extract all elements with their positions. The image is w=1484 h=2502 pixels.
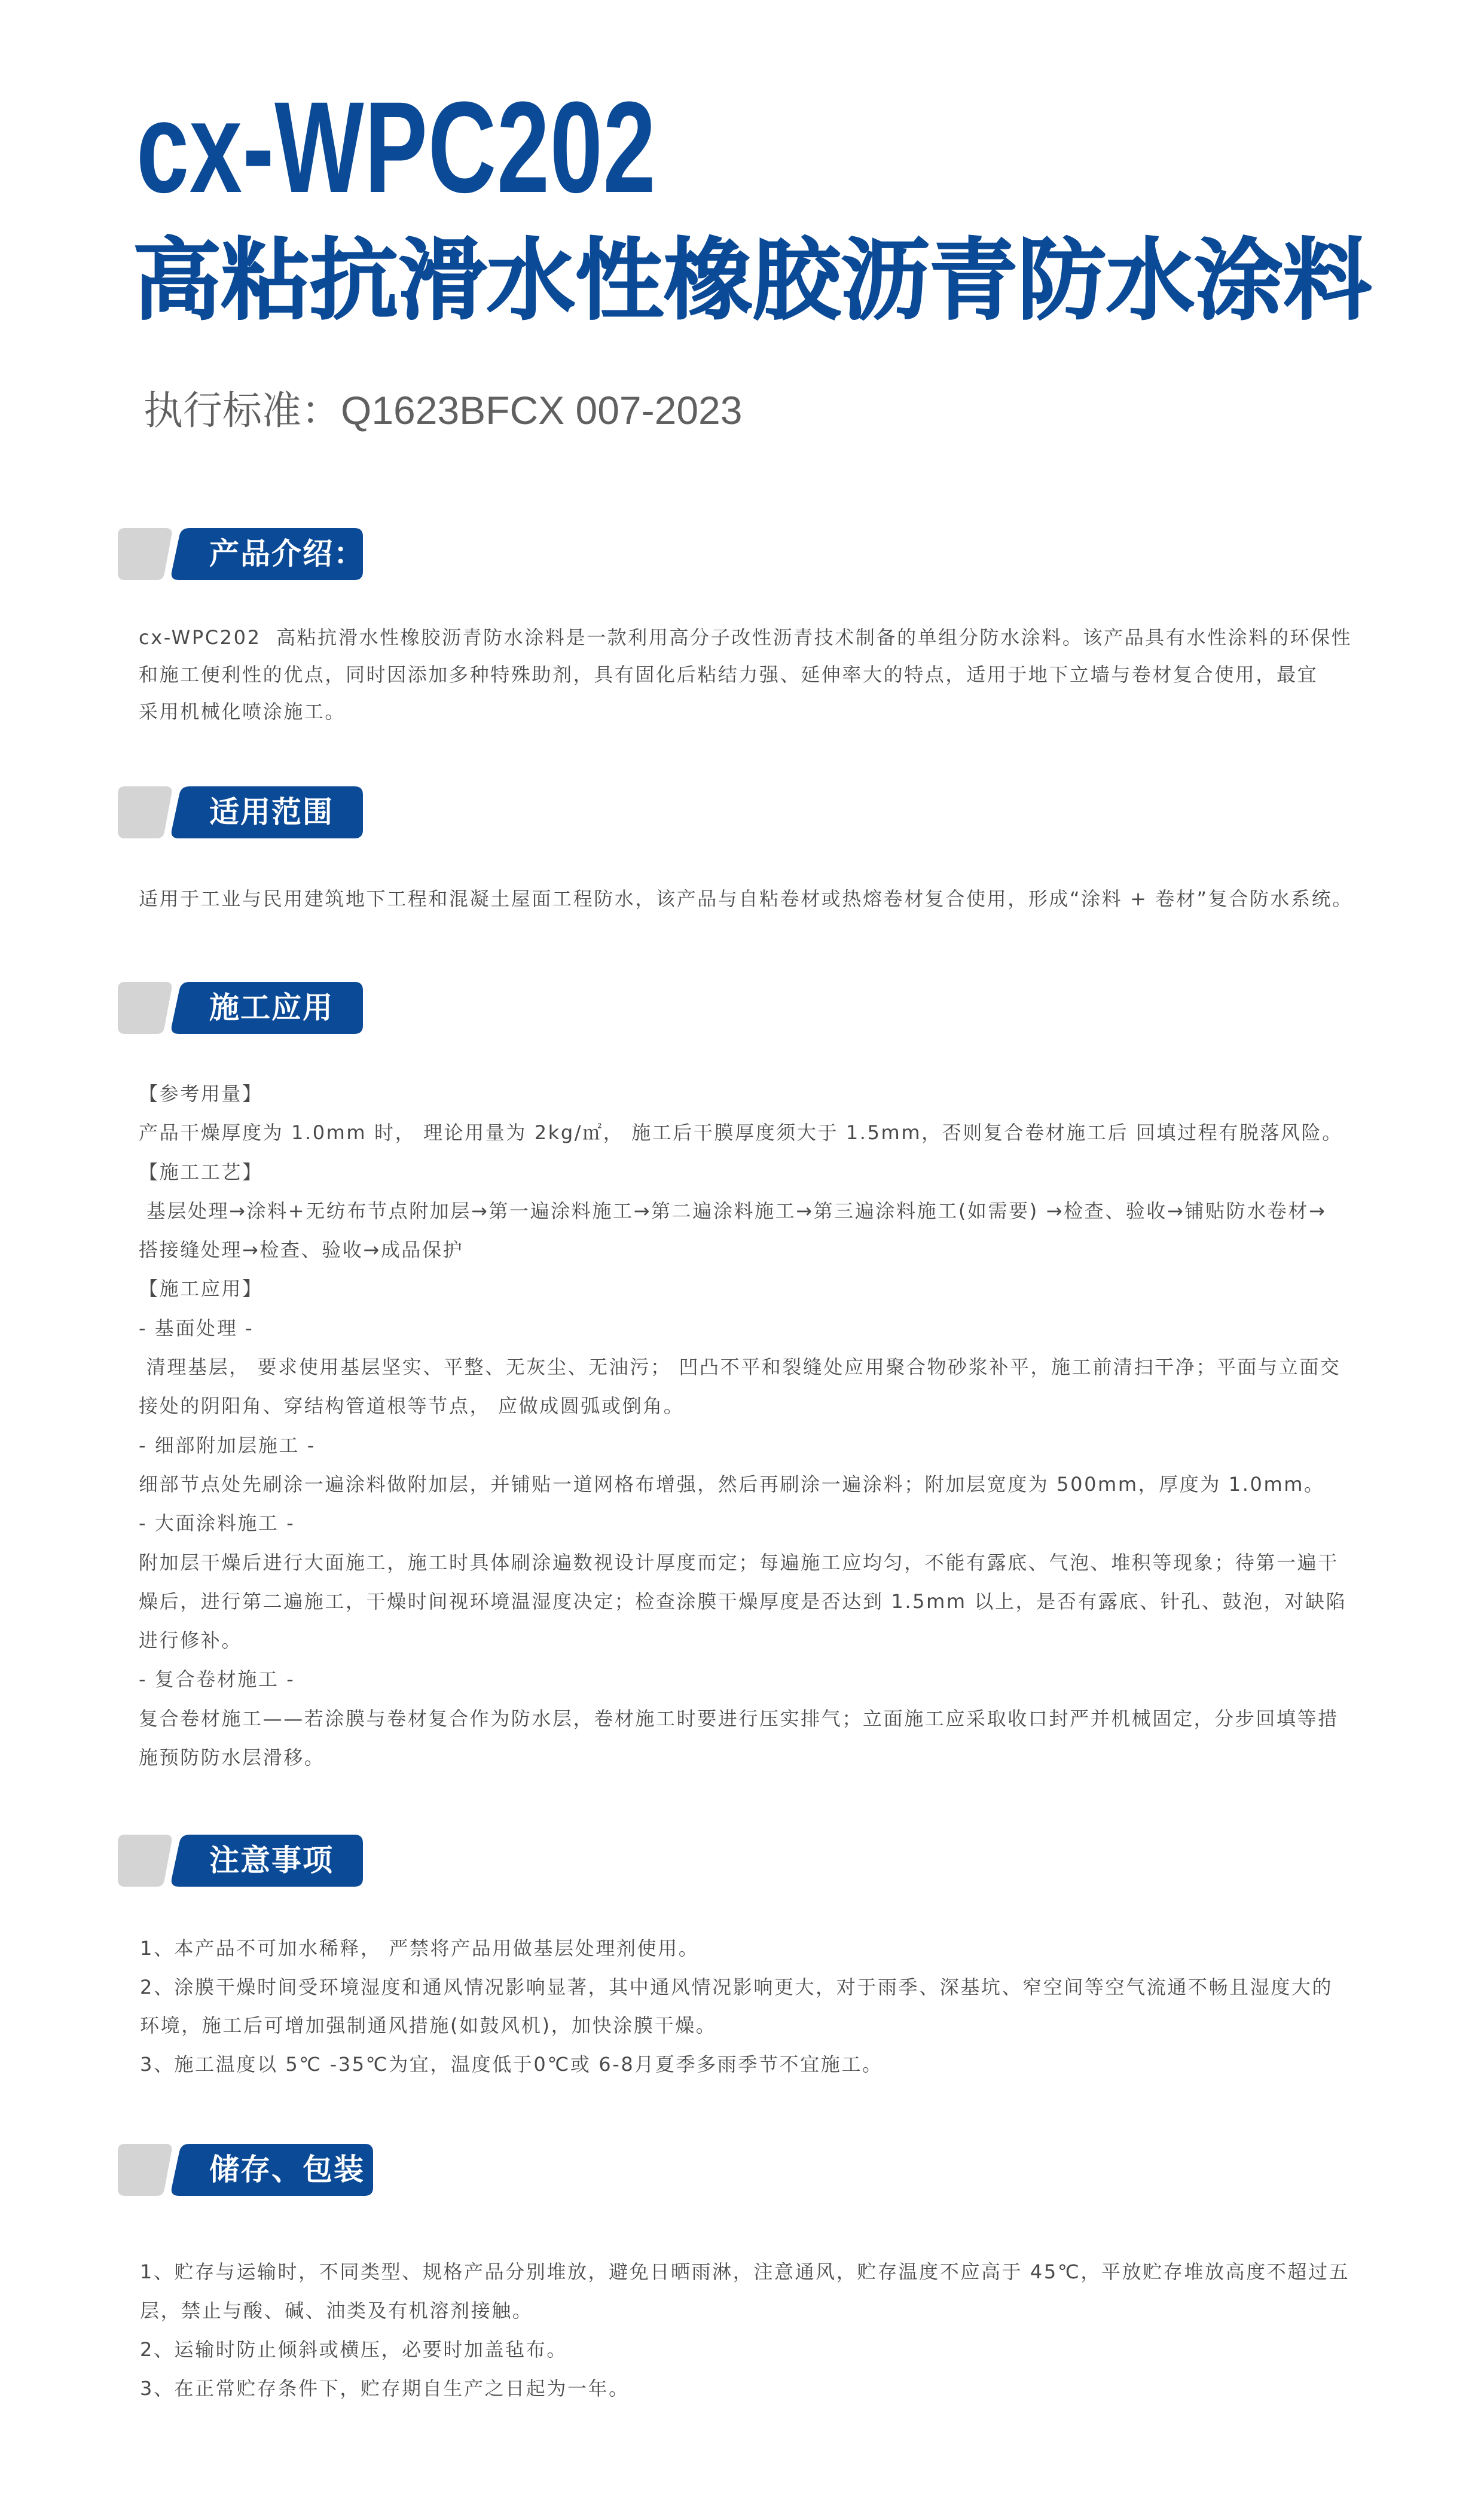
text-line: cx-WPC202 高粘抗滑水性橡胶沥青防水涂料是一款利用高分子改性沥青技术制备… — [139, 619, 1358, 656]
section-heading: 注意事项 — [209, 1835, 334, 1887]
tab-gray-shape — [118, 982, 172, 1034]
list-item: 3、在正常贮存条件下，贮存期自生产之日起为一年。 — [140, 2369, 1360, 2408]
step-label-detail-layer: - 细部附加层施工 - — [139, 1426, 1358, 1465]
section-header-scope: 适用范围 — [118, 786, 381, 838]
text-line: 采用机械化喷涂施工。 — [139, 693, 1358, 730]
text-line: 复合卷材施工——若涂膜与卷材复合作为防水层，卷材施工时要进行压实排气；立面施工应… — [139, 1699, 1358, 1738]
text-line: 和施工便利性的优点，同时因添加多种特殊助剂，具有固化后粘结力强、延伸率大的特点，… — [139, 656, 1358, 693]
product-name-title: 高粘抗滑水性橡胶沥青防水涂料 — [133, 236, 1372, 325]
section-body-construction: 【参考用量】 产品干燥厚度为 1.0mm 时， 理论用量为 2kg/㎡， 施工后… — [139, 1075, 1358, 1777]
step-label-large-area: - 大面涂料施工 - — [139, 1504, 1358, 1543]
text-line: 施预防防水层滑移。 — [139, 1738, 1358, 1777]
text-line: 燥后，进行第二遍施工，干燥时间视环境温湿度决定；检查涂膜干燥厚度是否达到 1.5… — [139, 1582, 1358, 1621]
tab-gray-shape — [118, 786, 172, 838]
list-item: 2、运输时防止倾斜或横压，必要时加盖毡布。 — [140, 2330, 1360, 2369]
section-header-storage-packaging: 储存、包装 — [118, 2144, 381, 2196]
execution-standard: 执行标准：Q1623BFCX 007-2023 — [143, 390, 742, 430]
text-line: 接处的阴阳角、穿结构管道根等节点， 应做成圆弧或倒角。 — [139, 1387, 1358, 1426]
text-line: 进行修补。 — [139, 1621, 1358, 1660]
section-header-construction: 施工应用 — [118, 982, 381, 1034]
text-line: 附加层干燥后进行大面施工，施工时具体刷涂遍数视设计厚度而定；每遍施工应均匀，不能… — [139, 1543, 1358, 1582]
text-line: 细部节点处先刷涂一遍涂料做附加层，并铺贴一道网格布增强，然后再刷涂一遍涂料；附加… — [139, 1465, 1358, 1504]
text-line: 产品干燥厚度为 1.0mm 时， 理论用量为 2kg/㎡， 施工后干膜厚度须大于… — [139, 1113, 1358, 1152]
tab-gray-shape — [118, 1835, 172, 1887]
text-line: 适用于工业与民用建筑地下工程和混凝土屋面工程防水，该产品与自粘卷材或热熔卷材复合… — [139, 880, 1358, 917]
text-line: 清理基层， 要求使用基层坚实、平整、无灰尘、无油污； 凹凸不平和裂缝处应用聚合物… — [139, 1348, 1358, 1387]
list-item: 1、贮存与运输时，不同类型、规格产品分别堆放，避免日晒雨淋，注意通风，贮存温度不… — [140, 2253, 1360, 2292]
section-heading: 施工应用 — [209, 982, 334, 1034]
section-heading: 产品介绍： — [209, 528, 365, 580]
list-item-continuation: 层，禁止与酸、碱、油类及有机溶剂接触。 — [140, 2292, 1360, 2330]
section-body-product-intro: cx-WPC202 高粘抗滑水性橡胶沥青防水涂料是一款利用高分子改性沥青技术制备… — [139, 619, 1358, 730]
subheading-application: 【施工应用】 — [139, 1270, 1358, 1308]
subheading-process: 【施工工艺】 — [139, 1153, 1358, 1192]
section-body-scope: 适用于工业与民用建筑地下工程和混凝土屋面工程防水，该产品与自粘卷材或热熔卷材复合… — [139, 880, 1358, 917]
text-line: 搭接缝处理→检查、验收→成品保护 — [139, 1231, 1358, 1270]
subheading-reference-dosage: 【参考用量】 — [139, 1075, 1358, 1113]
section-heading: 储存、包装 — [209, 2144, 365, 2196]
section-body-precautions: 1、本产品不可加水稀释， 严禁将产品用做基层处理剂使用。 2、涂膜干燥时间受环境… — [140, 1929, 1360, 2083]
step-label-composite-membrane: - 复合卷材施工 - — [139, 1660, 1358, 1699]
list-item: 2、涂膜干燥时间受环境湿度和通风情况影响显著，其中通风情况影响更大，对于雨季、深… — [140, 1968, 1360, 2007]
tab-gray-shape — [118, 2144, 172, 2196]
text-line: 基层处理→涂料+无纺布节点附加层→第一遍涂料施工→第二遍涂料施工→第三遍涂料施工… — [139, 1192, 1358, 1231]
section-body-storage-packaging: 1、贮存与运输时，不同类型、规格产品分别堆放，避免日晒雨淋，注意通风，贮存温度不… — [140, 2253, 1360, 2408]
product-datasheet-page: cx-WPC202 高粘抗滑水性橡胶沥青防水涂料 执行标准：Q1623BFCX … — [0, 0, 1484, 2502]
section-header-precautions: 注意事项 — [118, 1835, 381, 1887]
list-item-continuation: 环境，施工后可增加强制通风措施(如鼓风机)，加快涂膜干燥。 — [140, 2006, 1360, 2045]
list-item: 3、施工温度以 5℃ -35℃为宜，温度低于0℃或 6-8月夏季多雨季节不宜施工… — [140, 2045, 1360, 2084]
section-heading: 适用范围 — [209, 786, 334, 838]
list-item: 1、本产品不可加水稀释， 严禁将产品用做基层处理剂使用。 — [140, 1929, 1360, 1968]
product-model-title: cx-WPC202 — [136, 83, 656, 212]
step-label-substrate: - 基面处理 - — [139, 1309, 1358, 1348]
tab-gray-shape — [118, 528, 172, 580]
section-header-product-intro: 产品介绍： — [118, 528, 381, 580]
